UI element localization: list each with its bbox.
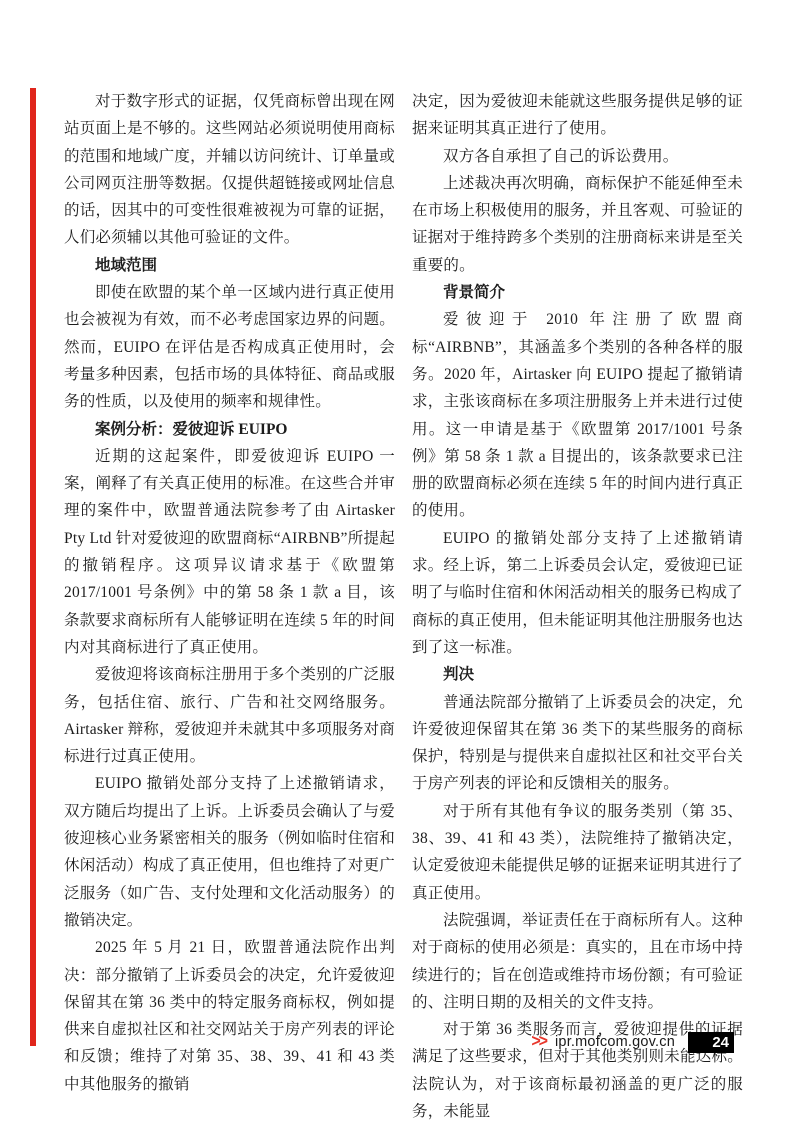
paragraph: 近期的这起案件，即爱彼迎诉 EUIPO 一案，阐释了有关真正使用的标准。在这些合…: [64, 443, 395, 661]
paragraph: EUIPO 的撤销处部分支持了上述撤销请求。经上诉，第二上诉委员会认定，爱彼迎已…: [412, 525, 743, 661]
paragraph: 爱彼迎于 2010 年注册了欧盟商标“AIRBNB”，其涵盖多个类别的各种各样的…: [412, 306, 743, 524]
section-heading-judgment: 判决: [412, 661, 743, 688]
paragraph: 双方各自承担了自己的诉讼费用。: [412, 143, 743, 170]
page-body: 对于数字形式的证据，仅凭商标曾出现在网站页面上是不够的。这些网站必须说明使用商标…: [64, 88, 744, 1123]
footer-website-url: ipr.mofcom.gov.cn: [555, 1034, 675, 1050]
paragraph: 对于数字形式的证据，仅凭商标曾出现在网站页面上是不够的。这些网站必须说明使用商标…: [64, 88, 395, 252]
paragraph: 2025 年 5 月 21 日，欧盟普通法院作出判决：部分撤销了上诉委员会的决定…: [64, 934, 395, 1098]
section-heading-geographic-scope: 地域范围: [64, 252, 395, 279]
left-margin-red-rule: [30, 88, 36, 1046]
paragraph: 法院强调，举证责任在于商标所有人。这种对于商标的使用必须是：真实的，且在市场中持…: [412, 907, 743, 1016]
paragraph: 对于所有其他有争议的服务类别（第 35、38、39、41 和 43 类），法院维…: [412, 798, 743, 907]
paragraph: 即使在欧盟的某个单一区域内进行真正使用也会被视为有效，而不必考虑国家边界的问题。…: [64, 279, 395, 415]
paragraph: 爱彼迎将该商标注册用于多个类别的广泛服务，包括住宿、旅行、广告和社交网络服务。A…: [64, 661, 395, 770]
right-column: 决定，因为爱彼迎未能就这些服务提供足够的证据来证明其真正进行了使用。 双方各自承…: [412, 88, 743, 1123]
paragraph: 上述裁决再次明确，商标保护不能延伸至未在市场上积极使用的服务，并且客观、可验证的…: [412, 170, 743, 279]
left-column: 对于数字形式的证据，仅凭商标曾出现在网站页面上是不够的。这些网站必须说明使用商标…: [64, 88, 395, 1123]
double-chevron-icon: >>: [531, 1033, 546, 1051]
paragraph-continuation: 决定，因为爱彼迎未能就这些服务提供足够的证据来证明其真正进行了使用。: [412, 88, 743, 143]
section-heading-background: 背景简介: [412, 279, 743, 306]
page-number-badge: 24: [688, 1032, 734, 1053]
page-footer: >> ipr.mofcom.gov.cn 24: [531, 1031, 734, 1053]
paragraph: 普通法院部分撤销了上诉委员会的决定，允许爱彼迎保留其在第 36 类下的某些服务的…: [412, 689, 743, 798]
section-heading-case-analysis: 案例分析：爱彼迎诉 EUIPO: [64, 416, 395, 443]
paragraph: EUIPO 撤销处部分支持了上述撤销请求，双方随后均提出了上诉。上诉委员会确认了…: [64, 770, 395, 934]
